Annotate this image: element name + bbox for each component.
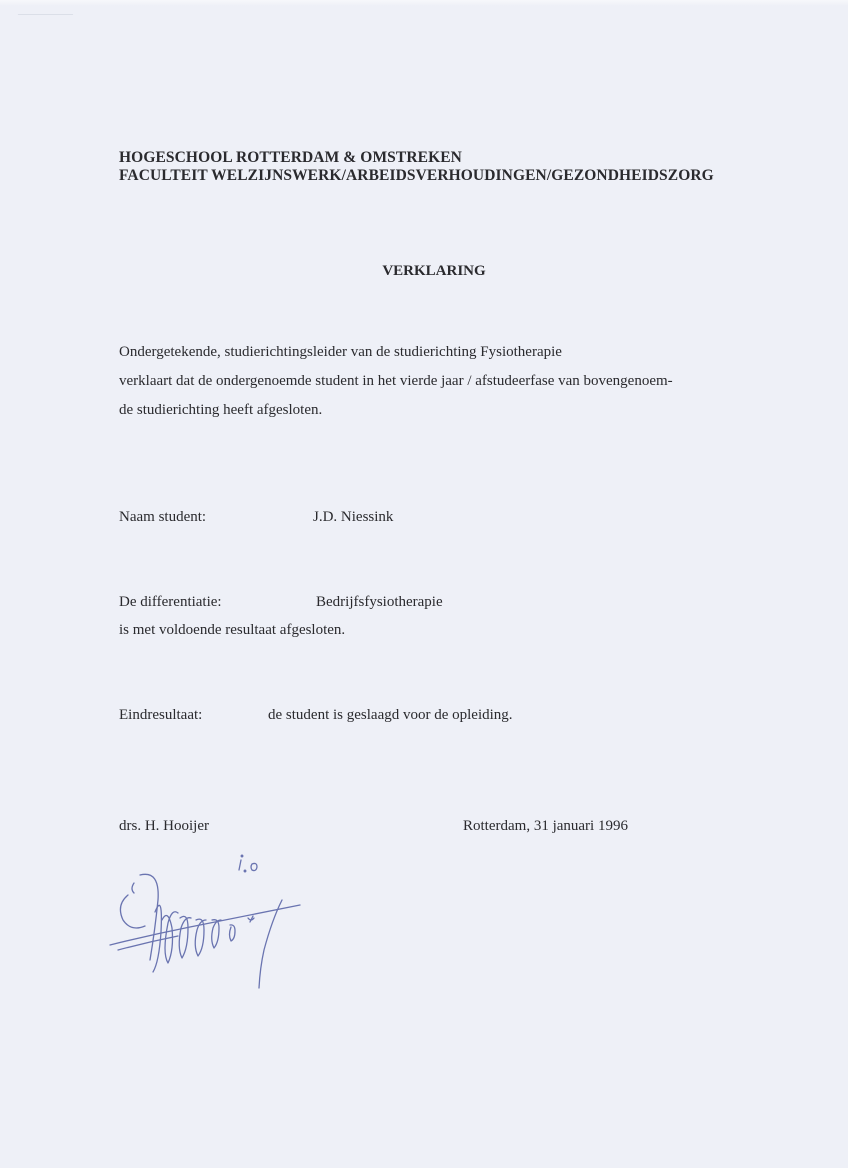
intro-line-1: Ondergetekende, studierichtingsleider va…	[119, 338, 673, 367]
institution-name: HOGESCHOOL ROTTERDAM & OMSTREKEN	[119, 149, 714, 167]
intro-line-3: de studierichting heeft afgesloten.	[119, 396, 673, 425]
place-date: Rotterdam, 31 januari 1996	[463, 818, 628, 835]
document-title: VERKLARING	[0, 263, 848, 280]
paper-fold-mark	[18, 0, 82, 15]
faculty-name: FACULTEIT WELZIJNSWERK/ARBEIDSVERHOUDING…	[119, 167, 714, 185]
handwritten-signature	[100, 850, 320, 990]
intro-line-2: verklaart dat de ondergenoemde student i…	[119, 367, 673, 396]
paper-top-edge	[0, 0, 848, 6]
signatory-name: drs. H. Hooijer	[119, 818, 209, 835]
result-value: de student is geslaagd voor de opleiding…	[268, 707, 513, 724]
differentiation-value: Bedrijfsfysiotherapie	[316, 594, 443, 611]
student-label: Naam student:	[119, 509, 206, 526]
institution-header: HOGESCHOOL ROTTERDAM & OMSTREKEN FACULTE…	[119, 149, 714, 185]
differentiation-label: De differentiatie:	[119, 594, 222, 611]
result-label: Eindresultaat:	[119, 707, 202, 724]
student-name: J.D. Niessink	[313, 509, 393, 526]
differentiation-note: is met voldoende resultaat afgesloten.	[119, 622, 345, 639]
intro-paragraph: Ondergetekende, studierichtingsleider va…	[119, 338, 673, 425]
